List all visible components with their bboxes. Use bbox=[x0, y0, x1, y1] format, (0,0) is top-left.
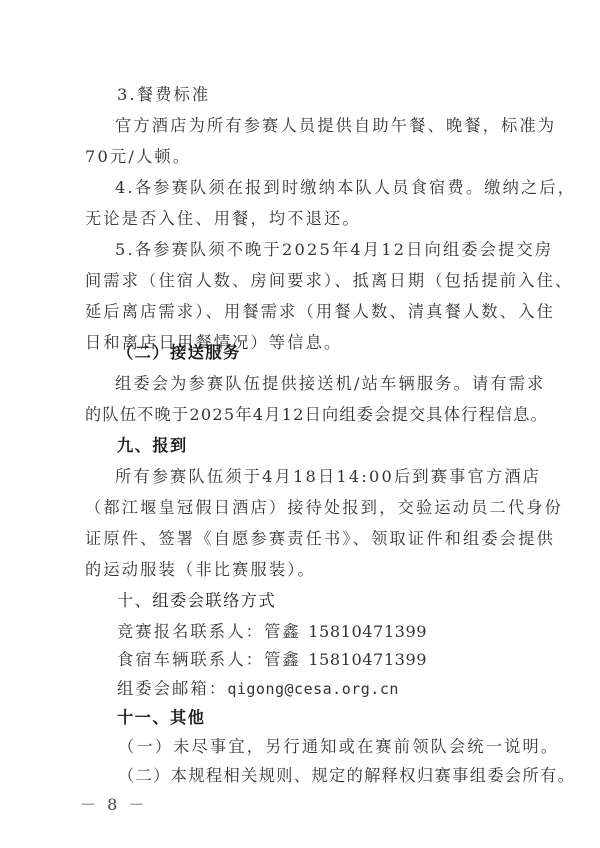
lodging-contact: 食宿车辆联系人：管鑫 15810471399 bbox=[117, 650, 542, 670]
paragraph-line: 证原件、签署《自愿参赛责任书》、领取证件和组委会提供 bbox=[85, 529, 510, 549]
other-item: （二）本规程相关规则、规定的解释权归赛事组委会所有。 bbox=[118, 766, 543, 786]
paragraph-line: 的队伍不晚于2025年4月12日向组委会提交具体行程信息。 bbox=[85, 405, 510, 425]
paragraph-line: 官方酒店为所有参赛人员提供自助午餐、晚餐，标准为 bbox=[115, 116, 540, 136]
paragraph-line: 延后离店需求）、用餐需求（用餐人数、清真餐人数、入住 bbox=[85, 302, 510, 322]
checkin-heading: 九、报到 bbox=[117, 436, 542, 456]
lodging-label: 食宿车辆联系人： bbox=[117, 650, 264, 669]
email-link[interactable]: qigong@cesa.org.cn bbox=[227, 680, 399, 698]
other-heading: 十一、其他 bbox=[117, 708, 542, 728]
document-page: 3.餐费标准 官方酒店为所有参赛人员提供自助午餐、晚餐，标准为 70元/人顿。 … bbox=[0, 0, 600, 848]
paragraph-line: 70元/人顿。 bbox=[85, 147, 510, 167]
paragraph-line: 所有参赛队伍须于4月18日14:00后到赛事官方酒店 bbox=[115, 467, 540, 487]
page-number: － 8 － bbox=[80, 792, 147, 815]
lodging-phone[interactable]: 15810471399 bbox=[308, 650, 427, 669]
registration-contact: 竞赛报名联系人：管鑫 15810471399 bbox=[117, 622, 542, 642]
email-contact: 组委会邮箱：qigong@cesa.org.cn bbox=[117, 679, 542, 699]
paragraph-line: 的运动服装（非比赛服装）。 bbox=[85, 560, 510, 580]
section-3-heading: 3.餐费标准 bbox=[117, 85, 542, 105]
paragraph-line: 组委会为参赛队伍提供接送机/站车辆服务。请有需求 bbox=[115, 374, 540, 394]
paragraph-line: 间需求（住宿人数、房间要求）、抵离日期（包括提前入住、 bbox=[85, 271, 510, 291]
transport-heading: （二）接送服务 bbox=[117, 343, 542, 363]
registration-phone[interactable]: 15810471399 bbox=[308, 622, 427, 641]
contact-heading: 十、组委会联络方式 bbox=[117, 591, 542, 611]
lodging-name: 管鑫 bbox=[264, 650, 301, 669]
paragraph-line: 无论是否入住、用餐，均不退还。 bbox=[85, 209, 510, 229]
email-label: 组委会邮箱： bbox=[117, 679, 227, 698]
paragraph-line: 4.各参赛队须在报到时缴纳本队人员食宿费。缴纳之后， bbox=[115, 178, 540, 198]
paragraph-line: 5.各参赛队须不晚于2025年4月12日向组委会提交房 bbox=[115, 240, 540, 260]
paragraph-line: （都江堰皇冠假日酒店）接待处报到，交验运动员二代身份 bbox=[85, 498, 510, 518]
registration-name: 管鑫 bbox=[264, 622, 301, 641]
registration-label: 竞赛报名联系人： bbox=[117, 622, 264, 641]
other-item: （一）未尽事宜，另行通知或在赛前领队会统一说明。 bbox=[118, 737, 543, 757]
